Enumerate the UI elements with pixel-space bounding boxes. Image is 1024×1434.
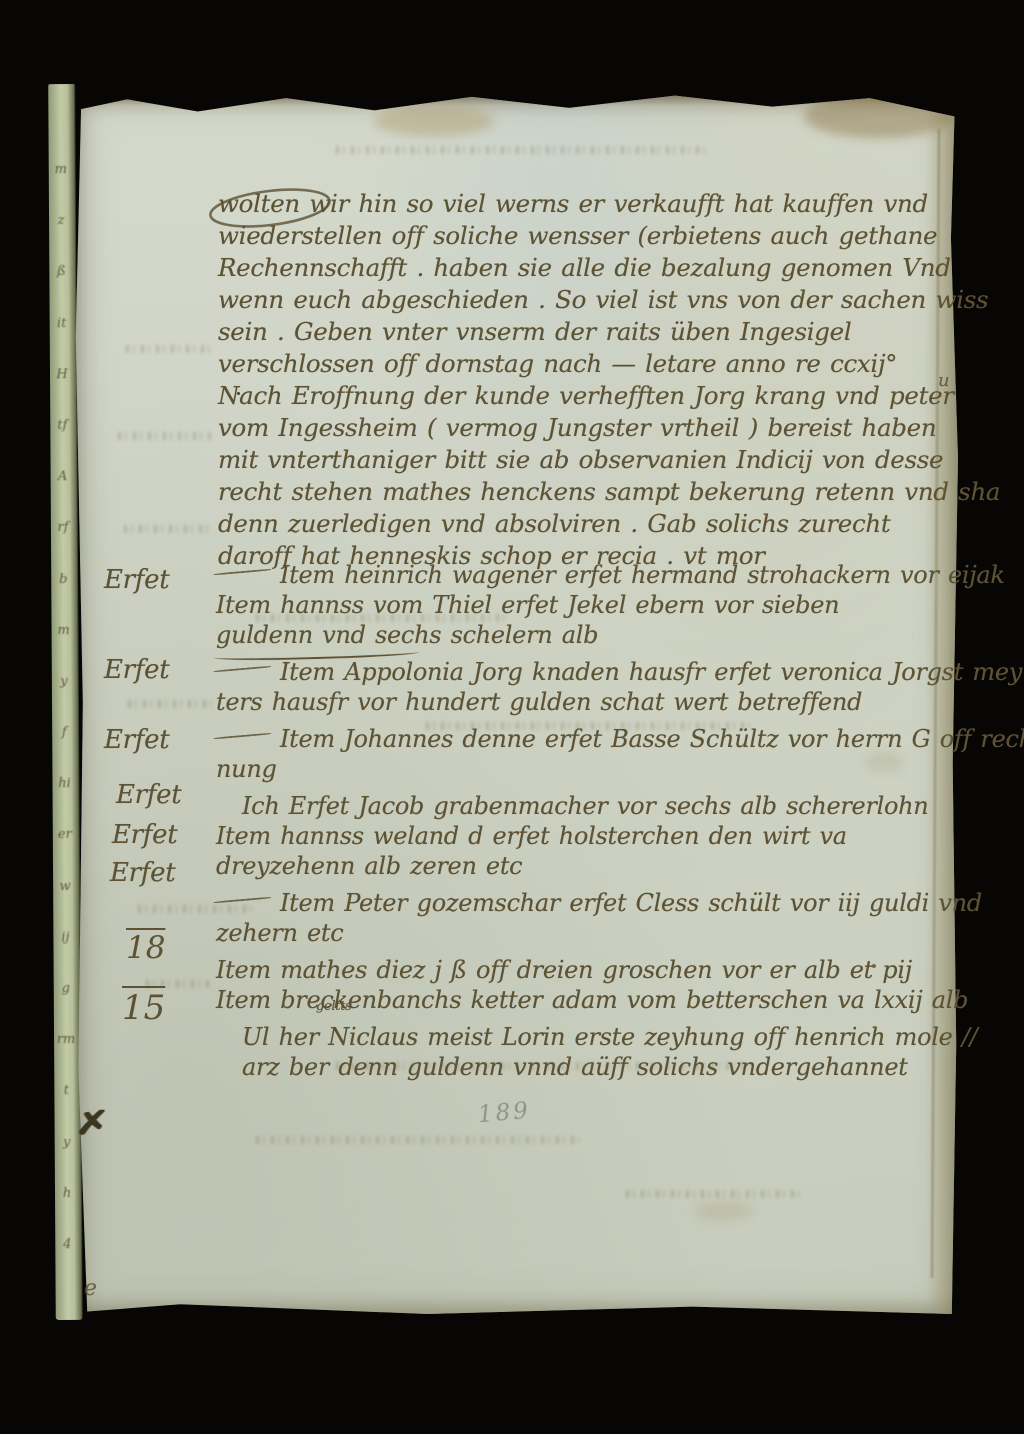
show-through-line [620,1190,800,1198]
paragraph-line: sein . Geben vnter vnserm der raits üben… [218,316,954,348]
stain [694,1202,754,1220]
entry-line: Item hannss weland d erfet holsterchen d… [216,821,958,851]
speck [210,1334,214,1337]
paragraph-line: mit vnterthaniger bitt sie ab observanie… [218,444,954,476]
entry-line: guldenn vnd sechs schelern alb [216,620,958,650]
spine-fragment-column: mzßitHtfArfbmyfhierwijgrmtyh4 [50,162,79,1252]
entry-line: Ul her Niclaus meist Lorin erste zeyhung… [216,1022,958,1052]
margin-number: 18 [126,930,165,966]
paragraph-line: vom Ingessheim ( vermog Jungster vrtheil… [218,412,954,444]
show-through-line [250,1136,580,1144]
spine-fragment: y [63,1135,70,1150]
entry-line: Item heinrich wagener erfet hermand stro… [216,560,958,590]
spine-fragment: er [58,827,72,842]
show-through-line [122,700,212,708]
entry-line: Item Johannes denne erfet Basse Schültz … [216,724,958,754]
paragraph-line: denn zuerledigen vnd absolviren . Gab so… [218,508,954,540]
paragraph-line: recht stehen mathes henckens sampt beker… [218,476,954,508]
spine-fragment: hi [58,776,71,791]
paragraph-line: wolten wir hin so viel werns er verkauff… [218,188,954,220]
spine-fragment: w [60,879,71,894]
stain [804,94,954,138]
entry-line: ters hausfr vor hundert gulden schat wer… [216,687,958,717]
paragraph-block: wolten wir hin so viel werns er verkauff… [218,188,954,572]
paragraph-line: Nach Eroffnung der kunde verhefften Jorg… [218,380,954,412]
paragraph-line: wenn euch abgeschieden . So viel ist vns… [218,284,954,316]
spine-fragment: b [59,571,67,586]
margin-cross-mark: ✗ [72,1104,113,1143]
show-through-line [140,980,210,988]
spine-fragment: f [62,725,67,740]
spine-fragment: h [63,1186,71,1201]
margin-note: Erfet [104,565,169,595]
spine-fragment: rf [57,520,68,535]
right-margin-mark: u [938,370,949,391]
entry-line: Item mathes diez j ß off dreien groschen… [216,955,958,985]
entry-line: Item hannss vom Thiel erfet Jekel ebern … [216,590,958,620]
spine-fragment: ß [57,264,66,279]
spine-fragment: A [58,469,67,484]
spine-fragment: ij [61,930,69,945]
show-through-line [330,146,710,154]
paragraph-line: verschlossen off dornstag nach — letare … [218,348,954,380]
corner-letter-mark: e [84,1276,97,1301]
paragraph-line: Rechennschafft . haben sie alle die beza… [218,252,954,284]
spine-fragment: m [57,623,69,638]
margin-note: Erfet [104,725,169,755]
interlinear-insertion: geltts [316,999,352,1014]
speck [128,96,133,100]
margin-number: 15 [122,988,165,1028]
spine-fragment: H [56,367,67,382]
spine-fragment: z [58,213,65,228]
show-through-line [120,345,215,353]
entry-line: Item Appolonia Jorg knaden hausfr erfet … [216,657,958,687]
entry-line: Item Peter gozemschar erfet Cless schült… [216,888,958,918]
margin-note: Erfet [110,858,175,888]
show-through-line [112,432,212,440]
margin-note: Erfet [112,820,177,850]
spine-fragment: t [64,1083,69,1098]
spine-fragment: g [62,981,70,996]
page-number-pencil: 189 [477,1098,532,1129]
entry-line: nung [216,754,958,784]
entry-line: zehern etc [216,918,958,948]
spine-fragment: m [55,162,67,177]
spine-fragment: rm [57,1032,76,1047]
entry-line: dreyzehenn alb zeren etc [216,851,958,881]
spine-fragment: 4 [63,1237,71,1252]
spine-fragment: y [60,674,67,689]
stain [374,106,494,136]
spine-fragment: tf [57,418,67,433]
paragraph-line: wiederstellen off soliche wensser (erbie… [218,220,954,252]
speck [170,94,174,97]
manuscript-photo: mzßitHtfArfbmyfhierwijgrmtyh4 wolten wir… [0,0,1024,1434]
margin-note: Erfet [116,780,181,810]
spine-fragment: it [57,316,66,331]
entry-line: arz ber denn guldenn vnnd aüff solichs v… [216,1052,958,1082]
margin-note: Erfet [104,655,169,685]
entry-line: Ich Erfet Jacob grabenmacher vor sechs a… [216,791,958,821]
show-through-line [118,525,210,533]
